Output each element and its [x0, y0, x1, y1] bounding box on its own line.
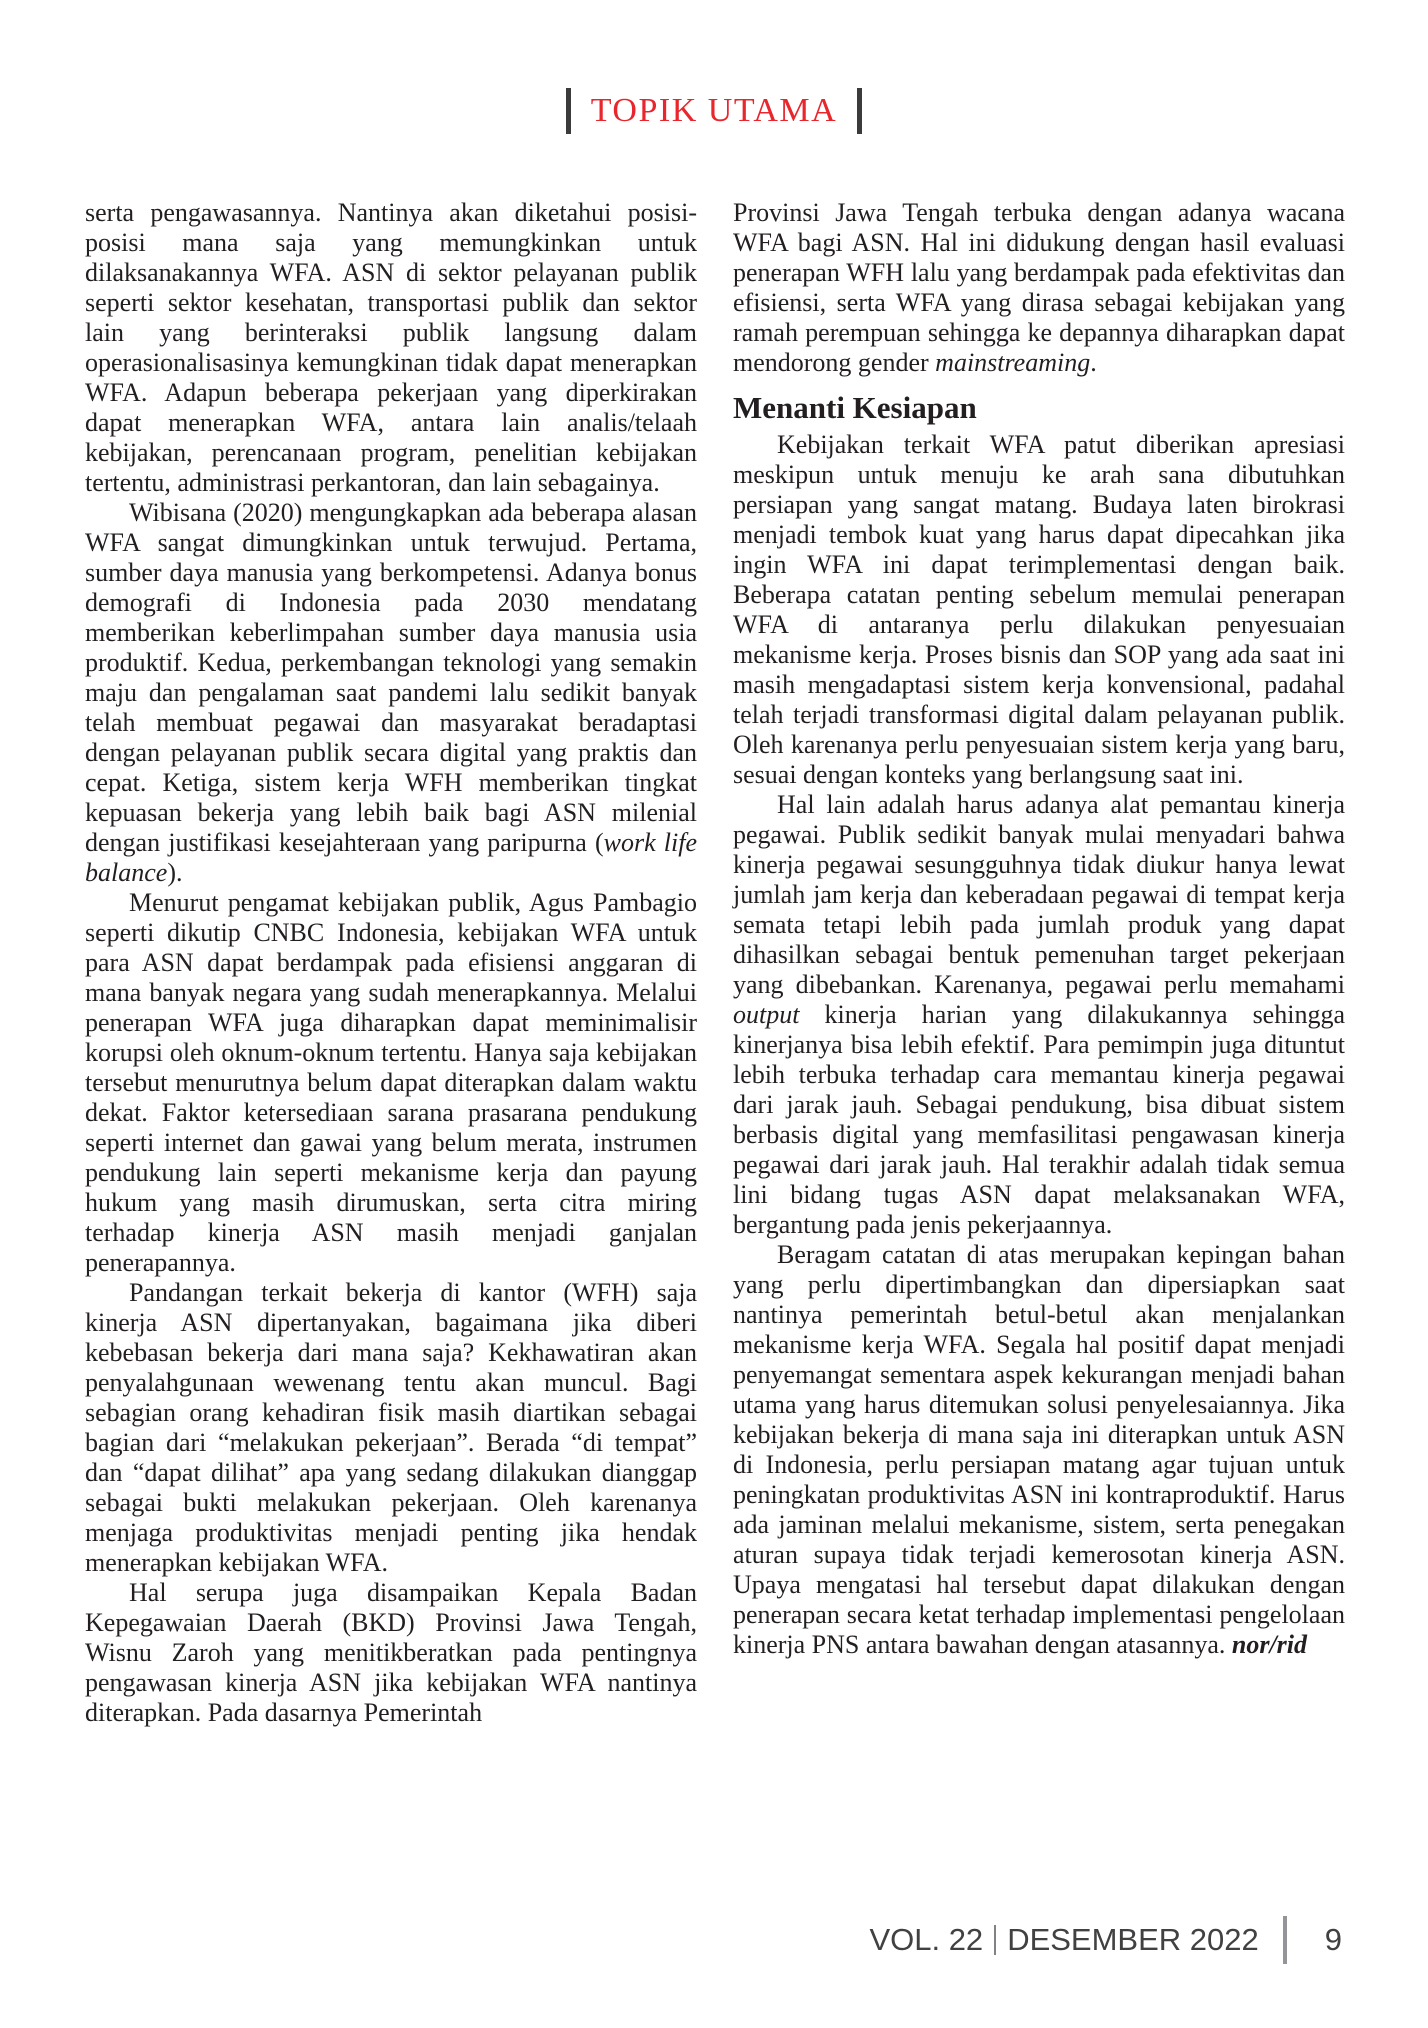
paragraph: serta pengawasannya. Nantinya akan diket… — [85, 198, 697, 498]
magazine-page: TOPIK UTAMA serta pengawasannya. Nantiny… — [0, 0, 1428, 2028]
article-body: serta pengawasannya. Nantinya akan diket… — [85, 198, 1345, 1728]
footer-divider-icon — [994, 1925, 996, 1955]
topic-label: TOPIK UTAMA — [591, 92, 837, 130]
paragraph: Pandangan terkait bekerja di kantor (WFH… — [85, 1278, 697, 1578]
paragraph: Menurut pengamat kebijakan publik, Agus … — [85, 888, 697, 1278]
text-column: serta pengawasannya. Nantinya akan diket… — [85, 198, 697, 1728]
paragraph: Kebijakan terkait WFA patut diberikan ap… — [733, 430, 1345, 790]
header-left-bar — [566, 88, 571, 134]
section-heading: Menanti Kesiapan — [733, 391, 1345, 425]
paragraph: Hal lain adalah harus adanya alat pemant… — [733, 790, 1345, 1240]
footer-volume: VOL. 22 — [869, 1922, 983, 1958]
paragraph: Beragam catatan di atas merupakan keping… — [733, 1240, 1345, 1660]
paragraph: Wibisana (2020) mengungkapkan ada bebera… — [85, 498, 697, 888]
paragraph: Provinsi Jawa Tengah terbuka dengan adan… — [733, 198, 1345, 378]
page-header: TOPIK UTAMA — [0, 88, 1428, 134]
footer-page-divider-icon — [1283, 1916, 1287, 1964]
page-number: 9 — [1325, 1922, 1342, 1958]
page-footer: VOL. 22 DESEMBER 2022 9 — [869, 1916, 1342, 1964]
header-right-bar — [857, 88, 862, 134]
paragraph: Hal serupa juga disampaikan Kepala Badan… — [85, 1578, 697, 1728]
text-column: Provinsi Jawa Tengah terbuka dengan adan… — [733, 198, 1345, 1728]
footer-date: DESEMBER 2022 — [1007, 1922, 1259, 1958]
